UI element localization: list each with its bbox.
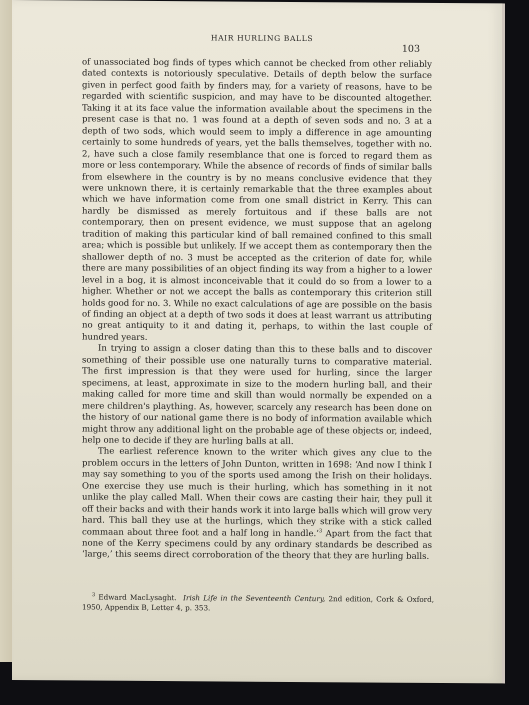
paragraph-2: In trying to assign a closer dating than… bbox=[82, 344, 432, 450]
body-text: of unassociated bog finds of types which… bbox=[82, 57, 432, 563]
running-head: HAIR HURLING BALLS bbox=[12, 32, 502, 44]
footnote-mark: 3 bbox=[92, 592, 95, 598]
paragraph-3-quote: The earliest reference known to the writ… bbox=[82, 447, 432, 539]
paragraph-1: of unassociated bog finds of types which… bbox=[82, 57, 432, 346]
book-page: HAIR HURLING BALLS 103 of unassociated b… bbox=[12, 0, 502, 683]
footnote-title: Irish Life in the Seventeenth Century, bbox=[183, 593, 325, 603]
footnote: 3 Edward MacLysaght. Irish Life in the S… bbox=[82, 592, 434, 614]
footnote-author: Edward MacLysaght. bbox=[98, 593, 176, 603]
page-number: 103 bbox=[402, 44, 420, 55]
paragraph-3: The earliest reference known to the writ… bbox=[82, 447, 432, 564]
photo-scene: HAIR HURLING BALLS 103 of unassociated b… bbox=[0, 0, 529, 705]
